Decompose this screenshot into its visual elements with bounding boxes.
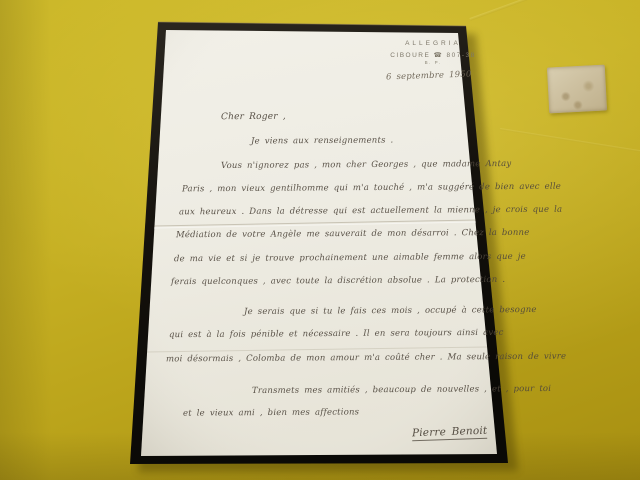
closing-line: Transmets mes amitiés , beaucoup de nouv…	[252, 384, 551, 396]
letterhead-villa-name: ALLEGRIA	[388, 40, 478, 47]
signature: Pierre Benoit	[412, 425, 488, 442]
letterhead-address: CIBOURE ☎ 807-38	[368, 51, 498, 59]
letterhead-po-box: B. P.	[388, 60, 478, 65]
closing-line: et le vieux ami , bien mes affections	[183, 407, 359, 418]
salutation: Cher Roger ,	[221, 112, 286, 122]
opening-line: Je viens aux renseignements .	[251, 136, 394, 147]
photo-of-letter: { "letterhead": { "villa_name": "ALLEGRI…	[0, 0, 640, 480]
tape-residue-sticker	[547, 65, 607, 114]
body-line: Vous n'ignorez pas , mon cher Georges , …	[221, 159, 511, 171]
body-line: Je serais que si tu le fais ces mois , o…	[244, 305, 537, 317]
